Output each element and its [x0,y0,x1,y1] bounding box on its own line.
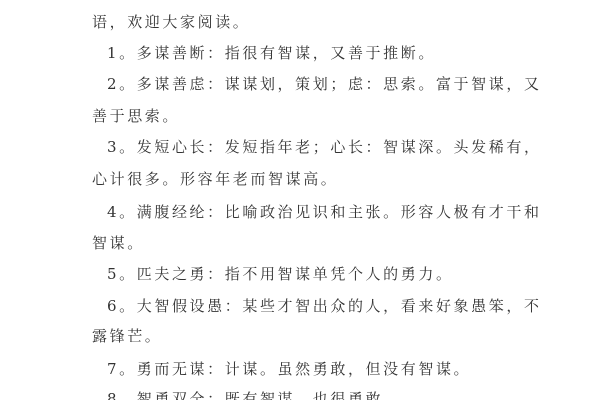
entry-7-line-1: 7。勇而无谋：计谋。虽然勇敢，但没有智谋。 [107,360,471,378]
document-page: 语，欢迎大家阅读。 1。多谋善断：指很有智谋，又善于推断。 2。多谋善虑：谋谋划… [0,0,600,400]
entry-4-line-1: 4。满腹经纶：比喻政治见识和主张。形容人极有才干和 [107,203,542,221]
entry-3-line-2: 心计很多。形容年老而智谋高。 [92,170,338,188]
entry-2-line-2: 善于思索。 [92,107,180,125]
entry-8-line-1: 8。智勇双全：既有智谋，也很勇敢。 [107,390,401,400]
entry-1-line-1: 1。多谋善断：指很有智谋，又善于推断。 [107,44,436,62]
entry-4-line-2: 智谋。 [92,234,145,252]
entry-2-line-1: 2。多谋善虑：谋谋划，策划；虑：思索。富于智谋，又 [107,75,542,93]
entry-5-line-1: 5。匹夫之勇：指不用智谋单凭个人的勇力。 [107,265,454,283]
entry-3-line-1: 3。发短心长：发短指年老；心长：智谋深。头发稀有， [107,138,542,156]
entry-6-line-2: 露锋芒。 [92,327,162,345]
entry-6-line-1: 6。大智假设愚：某些才智出众的人，看来好象愚笨，不 [107,297,542,315]
intro-text: 语，欢迎大家阅读。 [92,13,250,31]
